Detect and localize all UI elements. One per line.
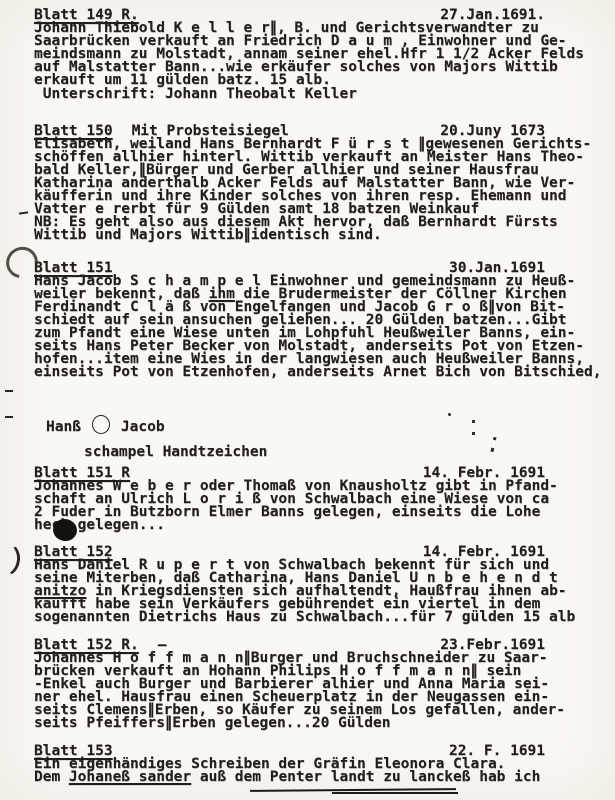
text-line: einseits Pot von Etzenhofen, anderseits … xyxy=(34,366,615,379)
margin-dash-mark xyxy=(5,390,13,392)
text-line: seits Pfeiffers∥Erben gelegen...20 Gülde… xyxy=(34,717,615,730)
signature-caption: schampel Handtzeichen xyxy=(84,446,615,459)
entry-blatt-149r: Blatt 149 R. 27.Jan.1691. Johann Thiebol… xyxy=(34,9,615,101)
entry-blatt-151: Blatt 151 30.Jan.1691 Hans Jacob S c h a… xyxy=(34,262,615,380)
document-page: Blatt 149 R. 27.Jan.1691. Johann Thiebol… xyxy=(34,9,615,785)
entry-blatt-150: Blatt 150Mit Probsteisiegel 20.Juny 1673… xyxy=(34,125,615,243)
text-segment: auß dem Penter landt zu lanckeß hab ich xyxy=(191,769,540,785)
page-edge-crescent-mark xyxy=(0,539,22,579)
handdrawn-rule-line xyxy=(332,792,458,794)
margin-dash-mark xyxy=(5,416,13,418)
entry-blatt-152r: Blatt 152 R.– 23.Febr.1691 Johannes H o … xyxy=(34,639,615,731)
signature-name-right: Jacob xyxy=(121,419,165,435)
signature-name-row: HanßJacob xyxy=(46,415,615,434)
nb-remark-line: Wittib und Majors Wittib∥identisch sind. xyxy=(34,229,615,242)
entry-blatt-153: Blatt 153 22. F. 1691 Ein eigenhändiges … xyxy=(34,745,615,784)
signature-name-left: Hanß xyxy=(46,419,81,435)
margin-dash-mark xyxy=(19,211,28,214)
text-line: sogenannten Dietrichs Haus zu Schwalbach… xyxy=(34,611,615,624)
signature-note-line: Unterschrift: Johann Theobalt Keller xyxy=(34,88,615,101)
handzeichen-circle-icon xyxy=(92,415,110,434)
handdrawn-rule-line xyxy=(250,788,456,792)
entry-blatt-152: Blatt 152 14. Febr. 1691 Hans Daniel R u… xyxy=(34,546,615,625)
underlined-text: Johaneß sander xyxy=(69,769,191,785)
entry-blatt-151r: Blatt 151 R 14. Febr. 1691 Johannes W e … xyxy=(34,467,615,532)
text-line: Dem Johaneß sander auß dem Penter landt … xyxy=(34,771,615,784)
text-line: heck gelegen... xyxy=(34,519,615,532)
text-segment: Dem xyxy=(34,769,69,785)
signature-block: HanßJacob schampel Handtzeichen xyxy=(46,415,615,459)
